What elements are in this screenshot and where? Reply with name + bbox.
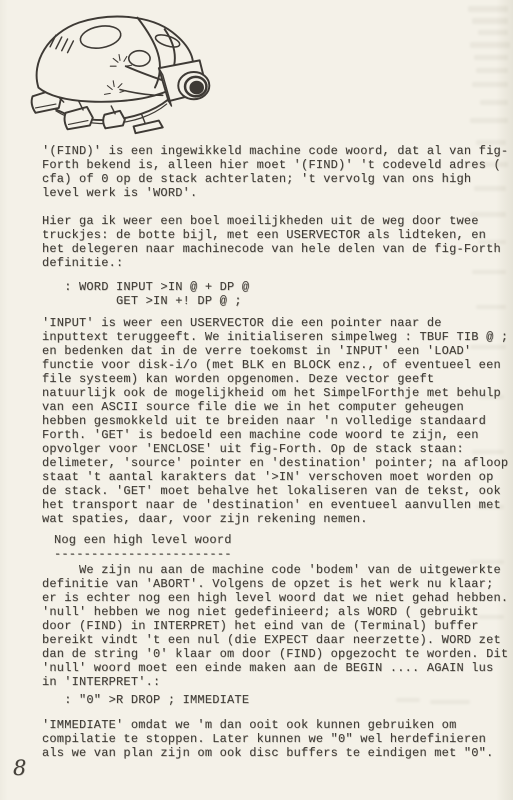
ladybug-beetle-icon [22, 6, 218, 140]
ladybug-drawing [22, 6, 218, 140]
forth-code-word-input: : WORD INPUT >IN @ + DP @ GET >IN +! DP … [42, 280, 249, 308]
paragraph-abort-null: We zijn nu aan de machine code 'bodem' v… [42, 563, 508, 689]
scanned-page: '(FIND)' is een ingewikkeld machine code… [0, 0, 513, 800]
paragraph-find: '(FIND)' is een ingewikkeld machine code… [42, 144, 508, 200]
paragraph-truckjes: Hier ga ik weer een boel moeilijkheden u… [42, 214, 501, 270]
forth-code-null-word: : "0" >R DROP ; IMMEDIATE [42, 693, 249, 707]
paragraph-input-get: 'INPUT' is weer een USERVECTOR die een p… [42, 316, 508, 526]
page-number: 8 [13, 756, 26, 780]
section-heading-high-level-woord: Nog een high level woord ---------------… [54, 533, 232, 561]
paragraph-immediate: 'IMMEDIATE' omdat we 'm dan ooit ook kun… [42, 718, 493, 760]
